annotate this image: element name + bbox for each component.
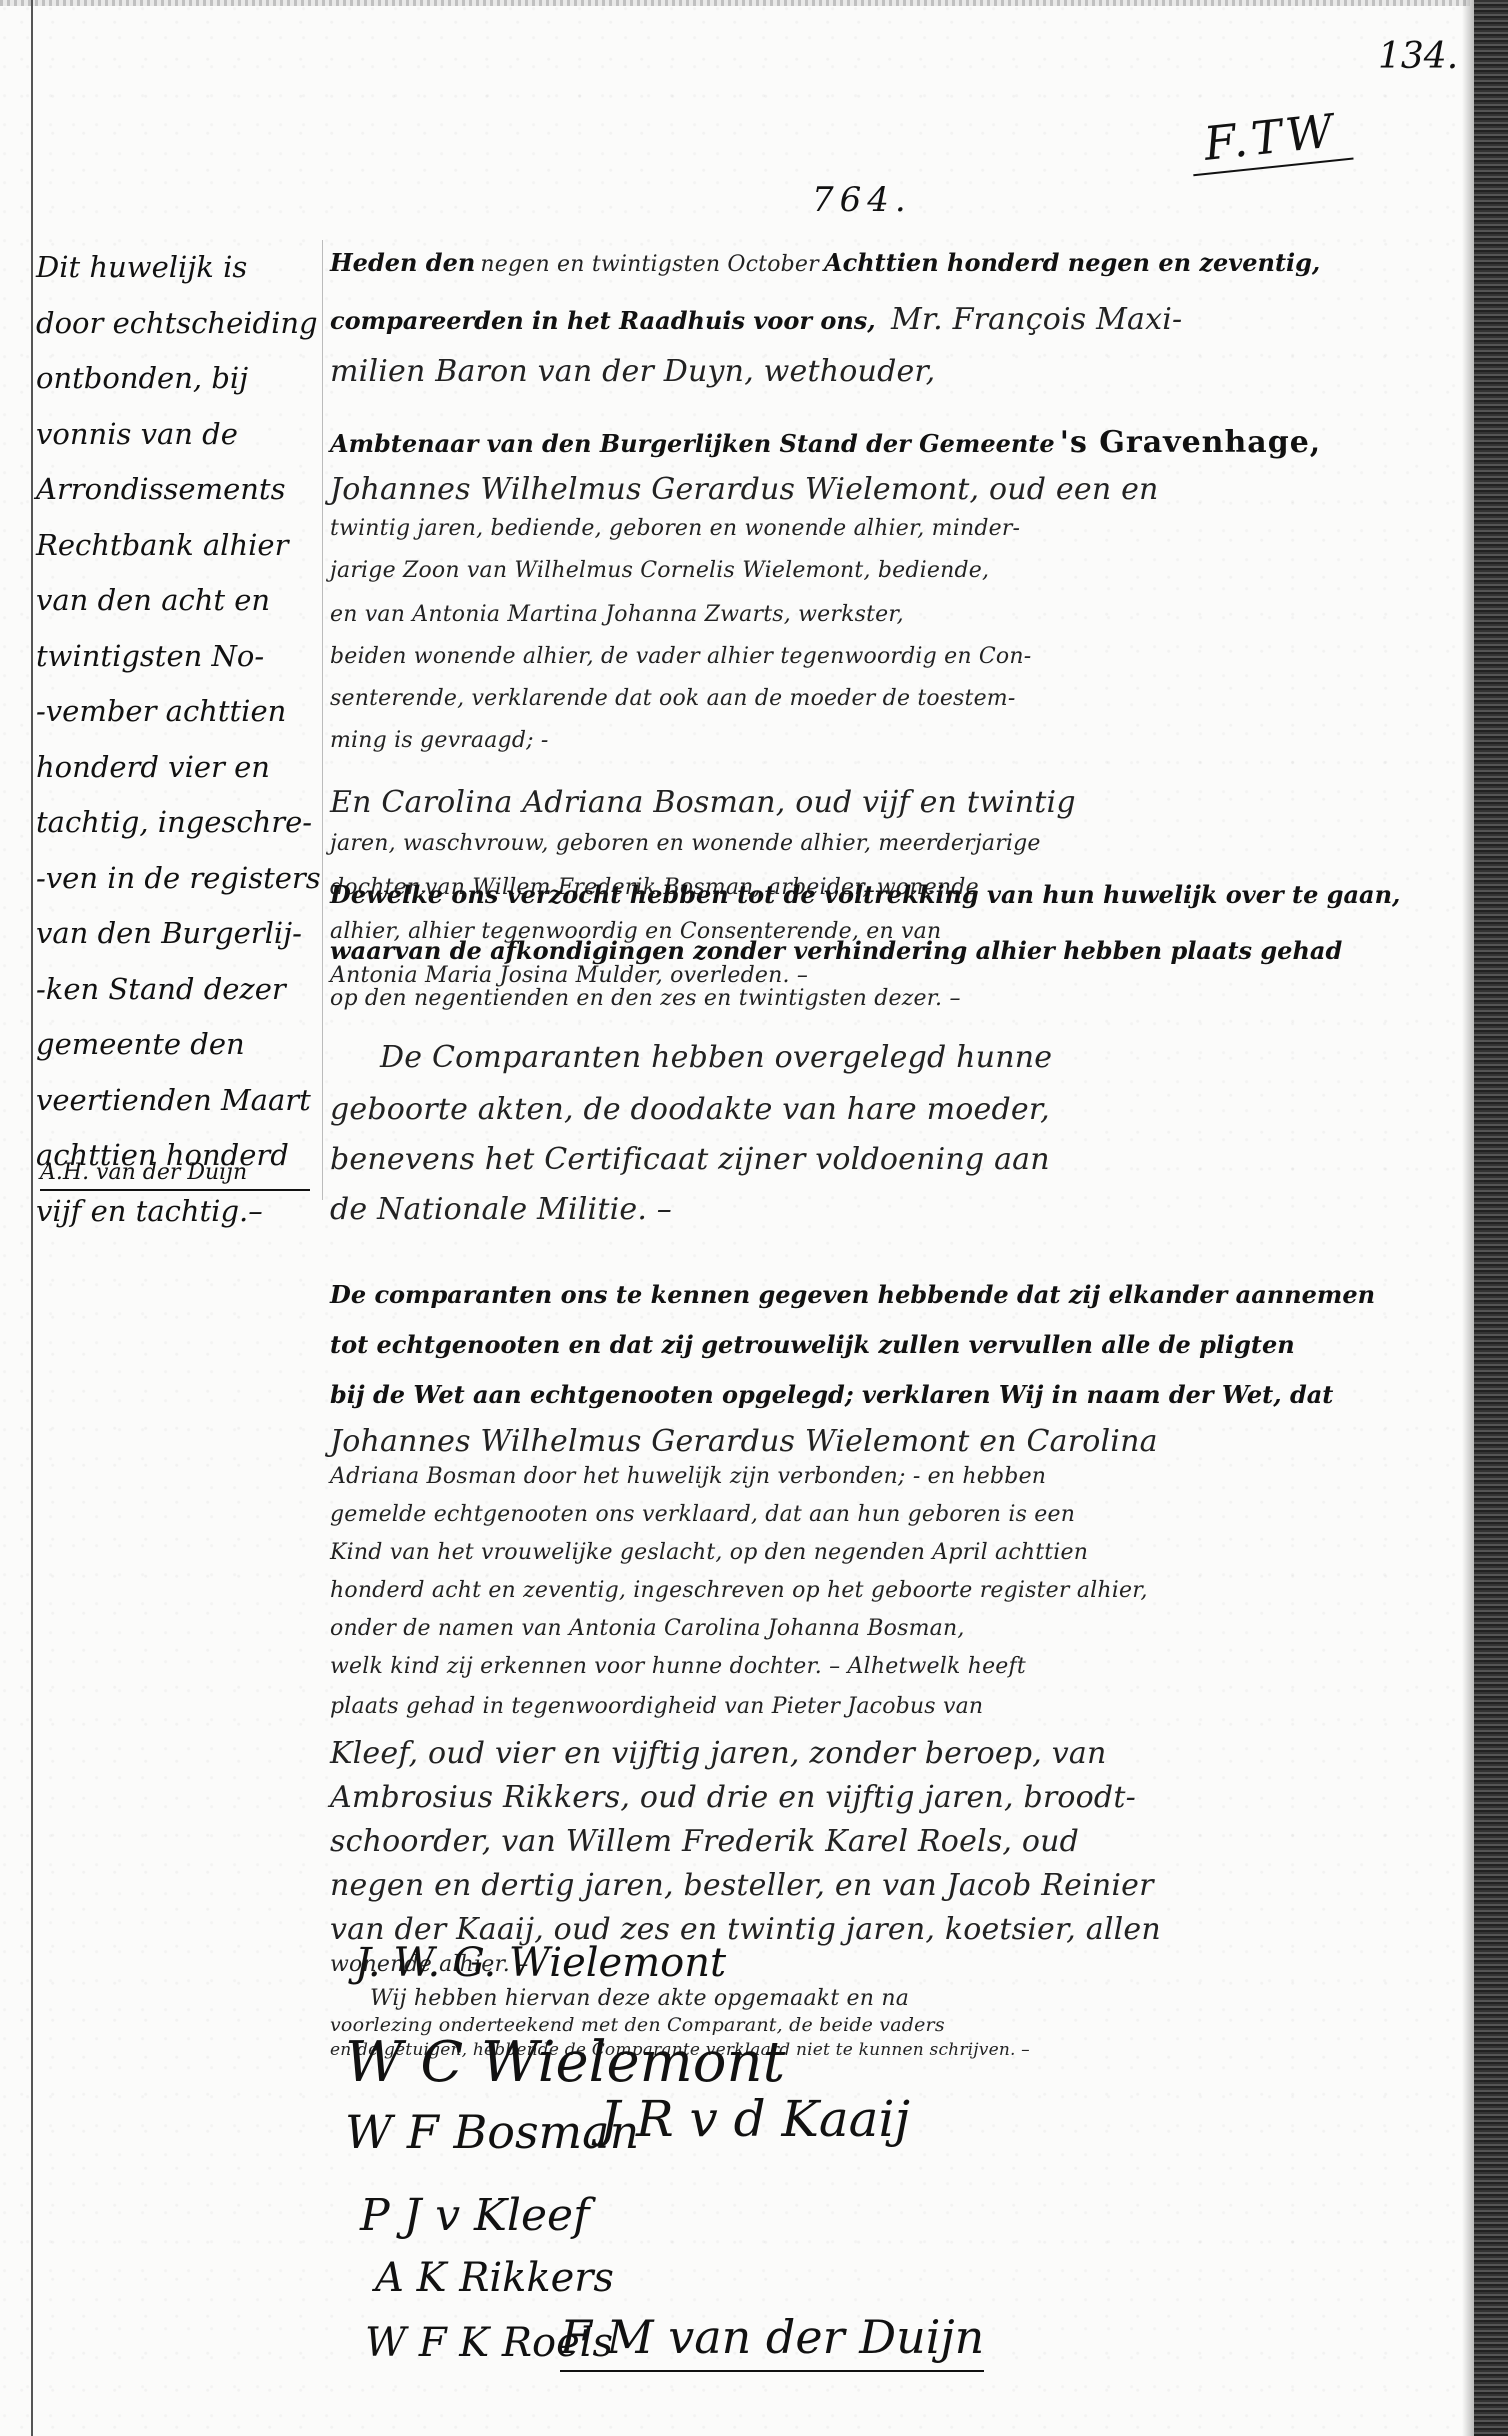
margin-line: -ven in de registers bbox=[36, 851, 320, 907]
margin-line: vijf en tachtig.– bbox=[36, 1184, 320, 1240]
register-page: 134. F.TW 764. Dit huwelijk is door echt… bbox=[0, 0, 1508, 2436]
signature-bride-father: W F Bosman bbox=[345, 2105, 639, 2159]
signature-groom-father: W C Wielemont bbox=[345, 2030, 785, 2095]
act-number: 764. bbox=[812, 180, 912, 220]
margin-line: twintigsten No- bbox=[36, 629, 320, 685]
signature-official: F M van der Duijn bbox=[560, 2310, 984, 2372]
signature-witness-rikkers: A K Rikkers bbox=[375, 2255, 614, 2301]
margin-line: van den acht en bbox=[36, 573, 320, 629]
page-top-edge bbox=[0, 0, 1470, 6]
groom-section: Johannes Wilhelmus Gerardus Wielemont, o… bbox=[330, 472, 1460, 770]
margin-line: Rechtbank alhier bbox=[36, 518, 320, 574]
page-number: 134. bbox=[1378, 36, 1458, 77]
margin-line: vonnis van de bbox=[36, 407, 320, 463]
opening-line-1: Heden den negen en twintigsten October A… bbox=[330, 248, 1320, 277]
margin-line: ontbonden, bij bbox=[36, 351, 320, 407]
margin-line: gemeente den bbox=[36, 1017, 320, 1073]
margin-line: honderd vier en bbox=[36, 740, 320, 796]
municipality-name: 's Gravenhage, bbox=[1060, 425, 1321, 460]
margin-line: -ken Stand dezer bbox=[36, 962, 320, 1018]
margin-annotation: Dit huwelijk is door echtscheiding ontbo… bbox=[36, 240, 320, 1239]
opening-line-2: compareerden in het Raadhuis voor ons, M… bbox=[330, 302, 1182, 337]
margin-line: door echtscheiding bbox=[36, 296, 320, 352]
margin-line: Dit huwelijk is bbox=[36, 240, 320, 296]
book-binding-edge bbox=[1474, 0, 1508, 2436]
margin-line: veertienden Maart bbox=[36, 1073, 320, 1129]
opening-line-3: milien Baron van der Duyn, wethouder, bbox=[330, 354, 935, 389]
signature-witness-kleef: P J v Kleef bbox=[360, 2190, 589, 2241]
clerk-initials: F.TW bbox=[1187, 102, 1354, 177]
margin-line: tachtig, ingeschre- bbox=[36, 795, 320, 851]
margin-signature: A.H. van der Duijn bbox=[40, 1160, 310, 1191]
documents-section: De Comparanten hebben overgelegd hunne g… bbox=[330, 1040, 1460, 1242]
margin-line: -vember achttien bbox=[36, 684, 320, 740]
official-line: Ambtenaar van den Burgerlijken Stand der… bbox=[330, 425, 1321, 460]
margin-column-divider bbox=[322, 240, 323, 1200]
left-margin-rule bbox=[31, 0, 33, 2436]
signature-groom: J. W. G. Wielemont bbox=[355, 1940, 726, 1986]
margin-line: van den Burgerlij- bbox=[36, 906, 320, 962]
margin-line: Arrondissements bbox=[36, 462, 320, 518]
signature-witness-kaaij: J R v d Kaaij bbox=[600, 2090, 910, 2148]
